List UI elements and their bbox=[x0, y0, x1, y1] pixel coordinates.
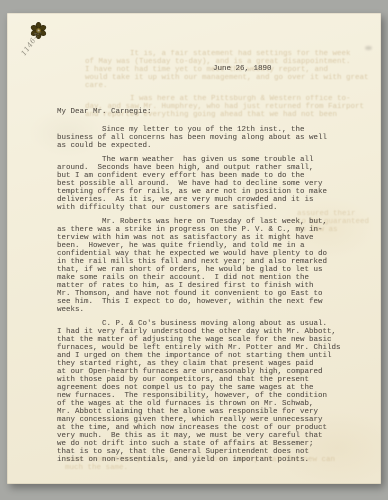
letter-salutation: My Dear Mr. Carnegie: bbox=[57, 108, 357, 116]
letter-paragraph: The warm weather has given us some troub… bbox=[57, 156, 357, 212]
letter-paragraph: Mr. Roberts was here on Tuesday of last … bbox=[57, 218, 357, 314]
paper-smudge bbox=[365, 46, 372, 50]
letter-paragraph: C. P. & Co's business moving along about… bbox=[57, 320, 357, 464]
letter-paragraph: Since my letter to you of the 12th inst.… bbox=[57, 126, 357, 150]
letter-body: My Dear Mr. Carnegie: Since my letter to… bbox=[57, 108, 357, 470]
scan-background: { "letter": { "date": "June 26, 1890", "… bbox=[0, 0, 388, 500]
letter-date: June 26, 1890 bbox=[213, 65, 272, 73]
letter-page: It is, a fair statement had settings for… bbox=[7, 13, 381, 484]
